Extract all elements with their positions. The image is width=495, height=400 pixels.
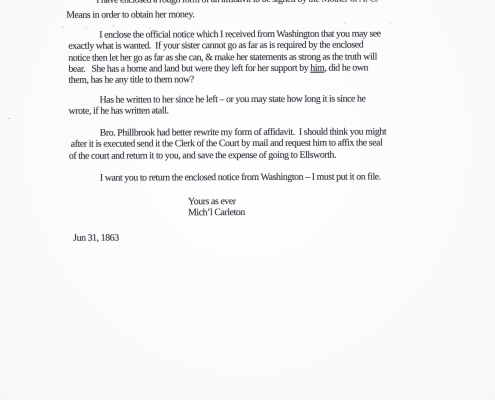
letter-line-p4-l3: of the court and return it to you, and s… — [69, 150, 336, 162]
scan-speck — [149, 27, 151, 28]
scan-speck — [85, 28, 87, 29]
scanned-letter-page: I have enclosed a rough form of an affid… — [0, 0, 495, 400]
letter-line-p2-l4: bear. She has a home and land but were t… — [68, 62, 368, 74]
scan-speck — [61, 27, 64, 28]
letter-line-p1-l1: I have enclosed a rough form of an affid… — [96, 0, 378, 6]
letter-line-p3-l1: Has he written to her since he left – or… — [100, 93, 366, 105]
date-line: Jun 31, 1863 — [73, 233, 119, 244]
letter-line-p1-l2: Means in order to obtain her money. — [66, 9, 194, 21]
scan-speck — [8, 118, 11, 119]
letter-line-p3-l2: wrote, if he has written atall. — [69, 105, 169, 116]
underlined-word-him: him — [310, 63, 324, 74]
letter-line-p2-l4-pre: bear. She has a home and land but were t… — [68, 63, 310, 75]
scan-speck — [112, 26, 115, 27]
letter-line-p2-l5: them, has he any title to them now? — [68, 74, 193, 86]
letter-line-p2-l4-post: , did he own — [324, 62, 368, 73]
closing-line-1: Yours as ever — [188, 196, 236, 207]
scan-speck — [389, 23, 391, 24]
letter-body: I have enclosed a rough form of an affid… — [0, 0, 495, 400]
scan-speck — [344, 23, 346, 24]
letter-line-p5-l1: I want you to return the enclosed notice… — [100, 171, 381, 183]
letter-line-p4-l2: after it is executed send it the Clerk o… — [71, 137, 383, 149]
letter-line-p2-l2: exactly what is wanted. If your sister c… — [68, 39, 363, 51]
closing-line-2: Mich’l Carleton — [188, 207, 245, 218]
